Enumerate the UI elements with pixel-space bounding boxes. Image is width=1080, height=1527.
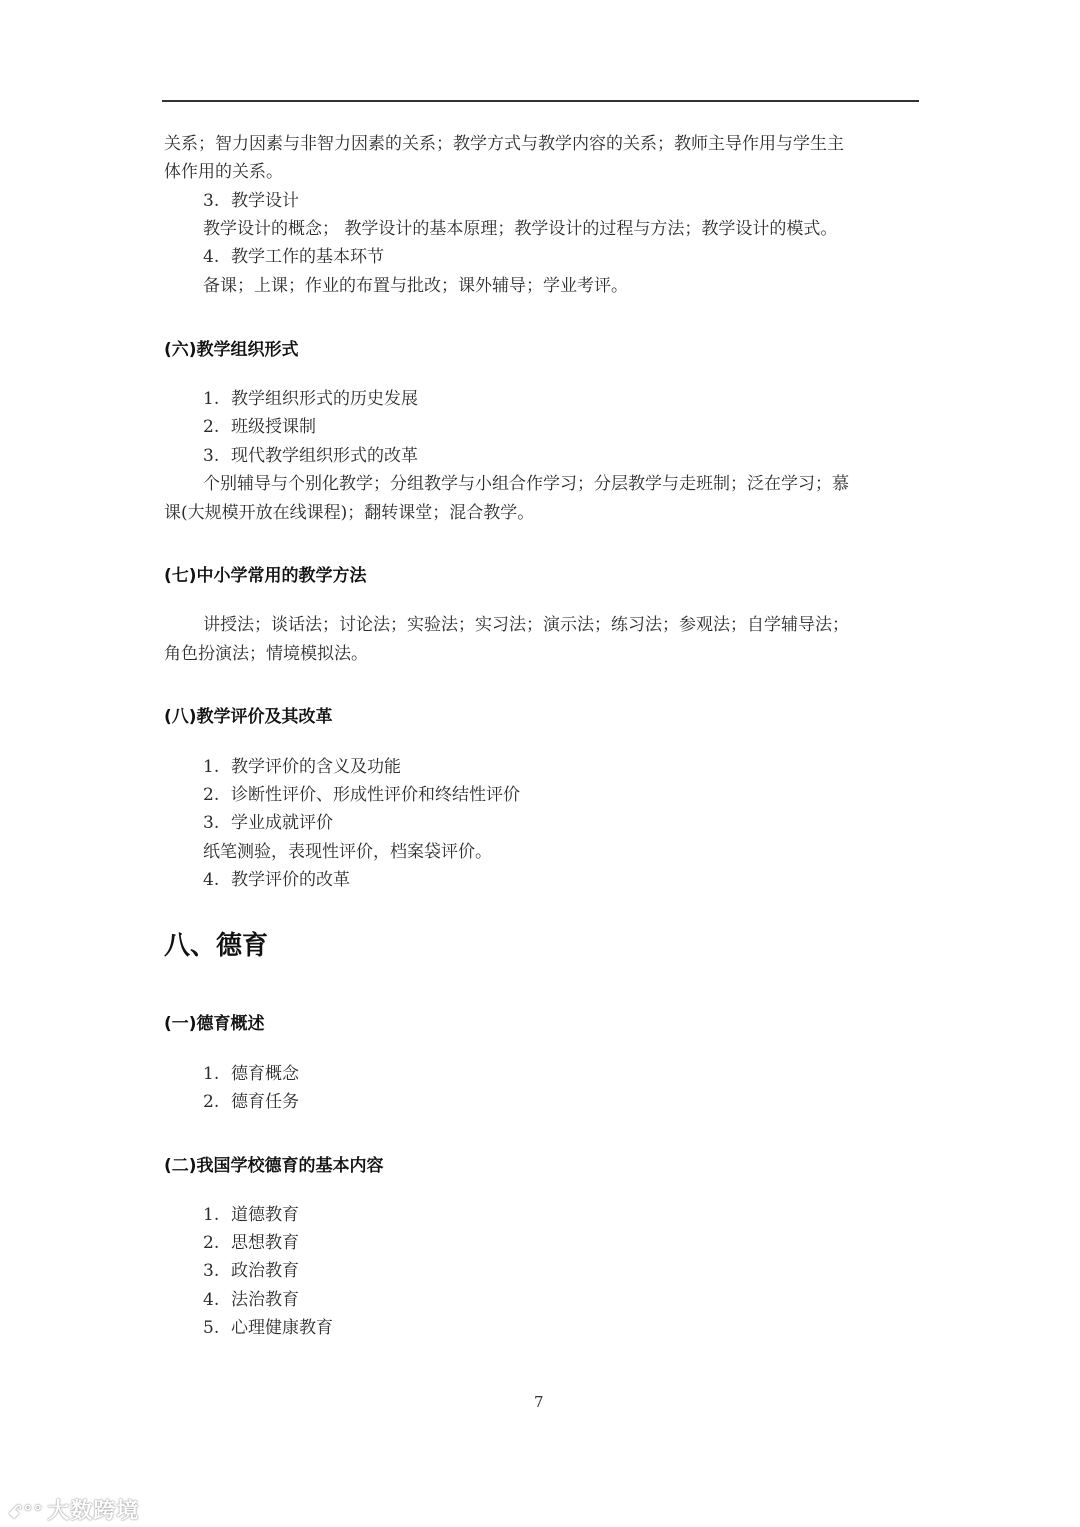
paragraph-line: 关系；智力因素与非智力因素的关系；教学方式与教学内容的关系；教师主导作用与学生主 [164,134,844,154]
chapter-title: 八、德育 [164,931,268,961]
page-number: 7 [534,1393,544,1411]
list-item: 1.教学组织形式的历史发展 [203,389,418,409]
watermark: ꗃ°°大数跨境 [8,1494,139,1525]
section-heading: (二)我国学校德育的基本内容 [164,1156,384,1176]
list-number: 1. [203,1205,231,1225]
list-number: 2. [203,1233,231,1253]
list-number: 3. [203,191,231,211]
list-number: 4. [203,1290,231,1310]
section-heading: (一)德育概述 [164,1014,265,1034]
list-title: 法治教育 [231,1290,299,1310]
list-title: 班级授课制 [231,417,316,437]
list-title: 德育概念 [231,1064,299,1084]
list-number: 1. [203,389,231,409]
list-item: 3.现代教学组织形式的改革 [203,446,418,466]
header-rule [162,100,919,102]
list-title: 思想教育 [231,1233,299,1253]
list-item: 2.思想教育 [203,1233,299,1253]
section-heading: (七)中小学常用的教学方法 [164,566,367,586]
paragraph-line: 角色扮演法；情境模拟法。 [164,644,368,664]
list-item: 3.教学设计 [203,191,299,211]
list-item: 2.德育任务 [203,1092,299,1112]
watermark-logo-icon: ꗃ°° [8,1502,43,1523]
list-number: 2. [203,1092,231,1112]
paragraph-line: 个别辅导与个别化教学；分组教学与小组合作学习；分层教学与走班制；泛在学习；慕 [203,474,849,494]
list-title: 教学评价的改革 [231,870,350,890]
list-item: 2.诊断性评价、形成性评价和终结性评价 [203,785,520,805]
list-item: 5.心理健康教育 [203,1318,333,1338]
list-title: 诊断性评价、形成性评价和终结性评价 [231,785,520,805]
list-number: 2. [203,785,231,805]
paragraph-line: 备课；上课；作业的布置与批改；课外辅导；学业考评。 [203,276,628,296]
list-number: 3. [203,446,231,466]
list-item: 3.学业成就评价 [203,813,333,833]
paragraph-line: 体作用的关系。 [164,162,283,182]
list-item: 4.法治教育 [203,1290,299,1310]
list-item: 1.德育概念 [203,1064,299,1084]
list-item: 2.班级授课制 [203,417,316,437]
paragraph-line: 课(大规模开放在线课程)；翻转课堂；混合教学。 [164,503,534,523]
paragraph-line: 讲授法；谈话法；讨论法；实验法；实习法；演示法；练习法；参观法；自学辅导法； [203,615,849,635]
list-title: 教学工作的基本环节 [231,247,384,267]
list-item: 4.教学工作的基本环节 [203,247,384,267]
list-title: 德育任务 [231,1092,299,1112]
section-heading: (六)教学组织形式 [164,340,299,360]
section-heading: (八)教学评价及其改革 [164,707,333,727]
list-number: 5. [203,1318,231,1338]
list-item: 4.教学评价的改革 [203,870,350,890]
list-number: 3. [203,1261,231,1281]
list-number: 4. [203,247,231,267]
list-title: 道德教育 [231,1205,299,1225]
list-number: 1. [203,1064,231,1084]
list-item: 1.教学评价的含义及功能 [203,757,401,777]
list-item: 1.道德教育 [203,1205,299,1225]
list-number: 3. [203,813,231,833]
watermark-text: 大数跨境 [47,1499,139,1524]
paragraph-line: 教学设计的概念； 教学设计的基本原理；教学设计的过程与方法；教学设计的模式。 [203,219,837,239]
list-number: 1. [203,757,231,777]
list-title: 政治教育 [231,1261,299,1281]
list-title: 心理健康教育 [231,1318,333,1338]
list-number: 2. [203,417,231,437]
list-title: 教学组织形式的历史发展 [231,389,418,409]
list-title: 现代教学组织形式的改革 [231,446,418,466]
list-title: 教学设计 [231,191,299,211]
list-title: 学业成就评价 [231,813,333,833]
list-number: 4. [203,870,231,890]
list-title: 教学评价的含义及功能 [231,757,401,777]
list-item: 3.政治教育 [203,1261,299,1281]
paragraph-line: 纸笔测验，表现性评价，档案袋评价。 [203,842,492,862]
